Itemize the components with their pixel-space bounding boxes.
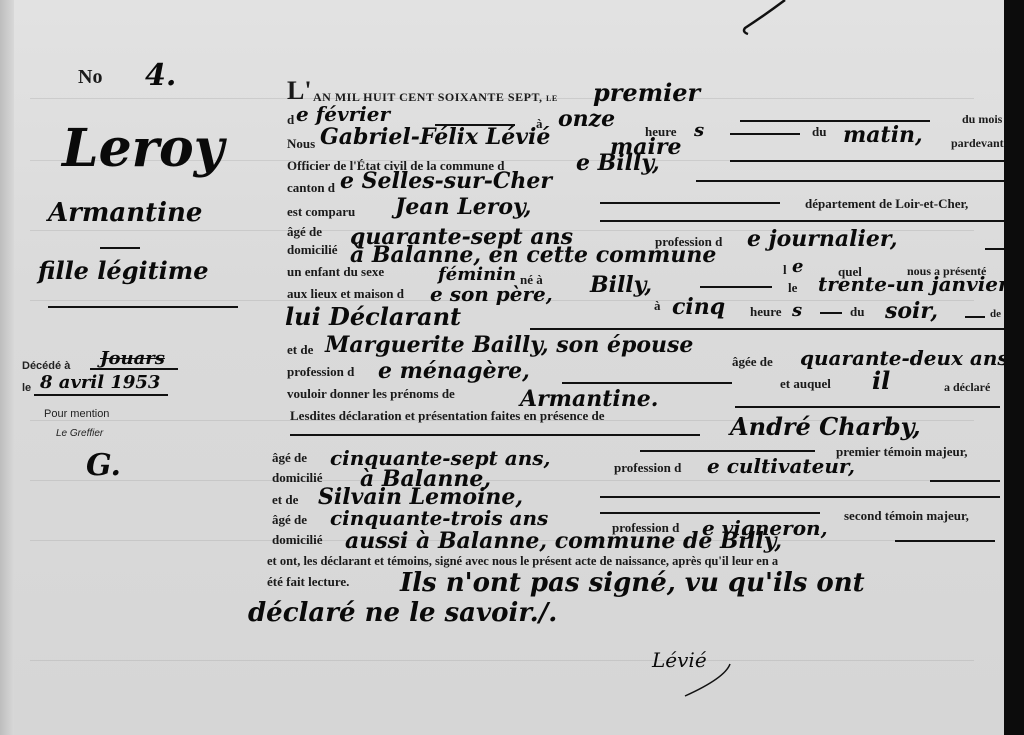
fill-line	[290, 434, 700, 436]
fill-line	[562, 382, 732, 384]
birth-place: Billy,	[590, 272, 652, 298]
print-text: a déclaré	[944, 380, 990, 395]
witness2-age: cinquante-trois ans	[330, 506, 548, 530]
fill-line	[696, 180, 1006, 182]
child-surname: Leroy	[62, 118, 224, 179]
register-page: No 4. Leroy Armantine fille légitime Déc…	[0, 0, 1004, 735]
print-text: été fait lecture.	[267, 574, 349, 590]
department-text: département de Loir-et-Cher,	[805, 196, 968, 212]
canton-value: e Selles-sur-Cher	[340, 168, 552, 194]
day-value: premier	[593, 78, 700, 107]
death-date: 8 avril 1953	[40, 372, 160, 393]
period-value: matin,	[843, 122, 923, 148]
print-text: à	[654, 298, 661, 314]
hour-value: onze	[558, 106, 615, 132]
print-text: Lesdites déclaration et présentation fai…	[290, 408, 604, 424]
fill-line	[600, 202, 780, 204]
du-mois: du mois	[962, 112, 1002, 127]
print-text: domicilié	[287, 242, 338, 258]
fill-line	[700, 286, 772, 288]
fill-line	[530, 328, 1005, 330]
closing-statement: et ont, les déclarant et témoins, signé …	[267, 554, 778, 569]
ruled-line	[30, 480, 974, 481]
fill-line	[640, 450, 815, 452]
print-text: heure	[750, 304, 782, 320]
birth-date: trente-un janvier	[818, 272, 1009, 296]
divider	[48, 306, 238, 308]
fill-line	[600, 220, 1005, 222]
print-text: Nous	[287, 136, 315, 152]
print-text: profession d	[614, 460, 681, 476]
fill-line	[985, 248, 1005, 250]
death-note-label: Décédé à	[22, 360, 70, 372]
underline	[90, 368, 178, 370]
print-text: domicilié	[272, 532, 323, 548]
witness1-profession: e cultivateur,	[707, 454, 855, 478]
father-domicile: à Balanne, en cette commune	[350, 242, 716, 268]
page-left-edge	[0, 0, 14, 735]
print-text: et auquel	[780, 376, 831, 392]
entry-number-label: No	[78, 66, 102, 89]
print-text: vouloir donner les prénoms de	[287, 386, 455, 402]
signature-note-cont: déclaré ne le savoir./.	[248, 598, 557, 628]
fill-line	[600, 496, 1000, 498]
greffier-title: Le Greffier	[56, 428, 103, 439]
ruled-line	[30, 660, 974, 661]
mother-profession: e ménagère,	[378, 358, 530, 384]
print-text: et de	[287, 342, 313, 358]
divider	[100, 247, 140, 249]
mention-text: Pour mention	[44, 408, 109, 420]
witness1-name: André Charby,	[730, 412, 921, 441]
signature-note: Ils n'ont pas signé, vu qu'ils ont	[400, 568, 865, 598]
underline	[34, 394, 168, 396]
print-text: profession d	[287, 364, 354, 380]
fill-line	[895, 540, 995, 542]
hand-text: s	[694, 120, 704, 141]
print-text: de	[990, 308, 1001, 320]
mother-age: quarante-deux ans	[800, 346, 1009, 370]
print-text: canton d	[287, 180, 335, 196]
father-profession: e journalier,	[747, 226, 898, 252]
birth-hour: cinq	[672, 294, 725, 320]
print-text: du	[850, 304, 864, 320]
print-text: et de	[272, 492, 298, 508]
witness1-label: premier témoin majeur,	[836, 444, 968, 460]
print-text: du	[812, 124, 826, 140]
print-text: un enfant du sexe	[287, 264, 384, 280]
commune-value: e Billy,	[576, 150, 660, 176]
child-given-name: Armantine	[48, 198, 202, 228]
fill-line	[600, 512, 820, 514]
fill-line	[730, 133, 800, 135]
hand-text: s	[792, 300, 802, 321]
print-text: d	[287, 112, 294, 128]
signature-flourish	[680, 660, 740, 700]
fill-line	[735, 406, 1000, 408]
entry-number: 4.	[145, 58, 176, 93]
print-text: le	[788, 280, 797, 296]
print-text: est comparu	[287, 204, 355, 220]
fill-line	[820, 312, 842, 314]
witness2-domicile: aussi à Balanne, commune de Billy,	[345, 528, 782, 554]
birth-period: soir,	[885, 298, 938, 324]
declarant-pronoun: il	[872, 366, 890, 395]
print-text: aux lieux et maison d	[287, 286, 404, 302]
print-text: âgé de	[287, 224, 322, 240]
death-date-label: le	[22, 382, 31, 394]
print-text: âgé de	[272, 512, 307, 528]
relation-text: lui Déclarant	[285, 302, 461, 331]
death-place: Jouars	[100, 348, 165, 369]
fill-line	[930, 480, 1000, 482]
print-text: domicilié	[272, 470, 323, 486]
print-text: âgé de	[272, 450, 307, 466]
fill-line	[730, 160, 1010, 162]
mother-name: Marguerite Bailly, son épouse	[325, 332, 693, 358]
page-right-border	[1004, 0, 1024, 735]
month-value: e février	[296, 102, 390, 126]
print-text: pardevant	[951, 136, 1004, 151]
print-text: l	[783, 262, 787, 278]
father-name: Jean Leroy,	[395, 194, 531, 220]
greffier-initial: G.	[86, 448, 121, 483]
witness2-label: second témoin majeur,	[844, 508, 969, 524]
child-status: fille légitime	[38, 256, 208, 285]
print-text: âgée de	[732, 354, 773, 370]
pen-stroke	[740, 0, 790, 40]
officer-name: Gabriel-Félix Lévié	[320, 124, 550, 150]
fill-line	[965, 316, 985, 318]
hand-text: e	[792, 256, 803, 277]
